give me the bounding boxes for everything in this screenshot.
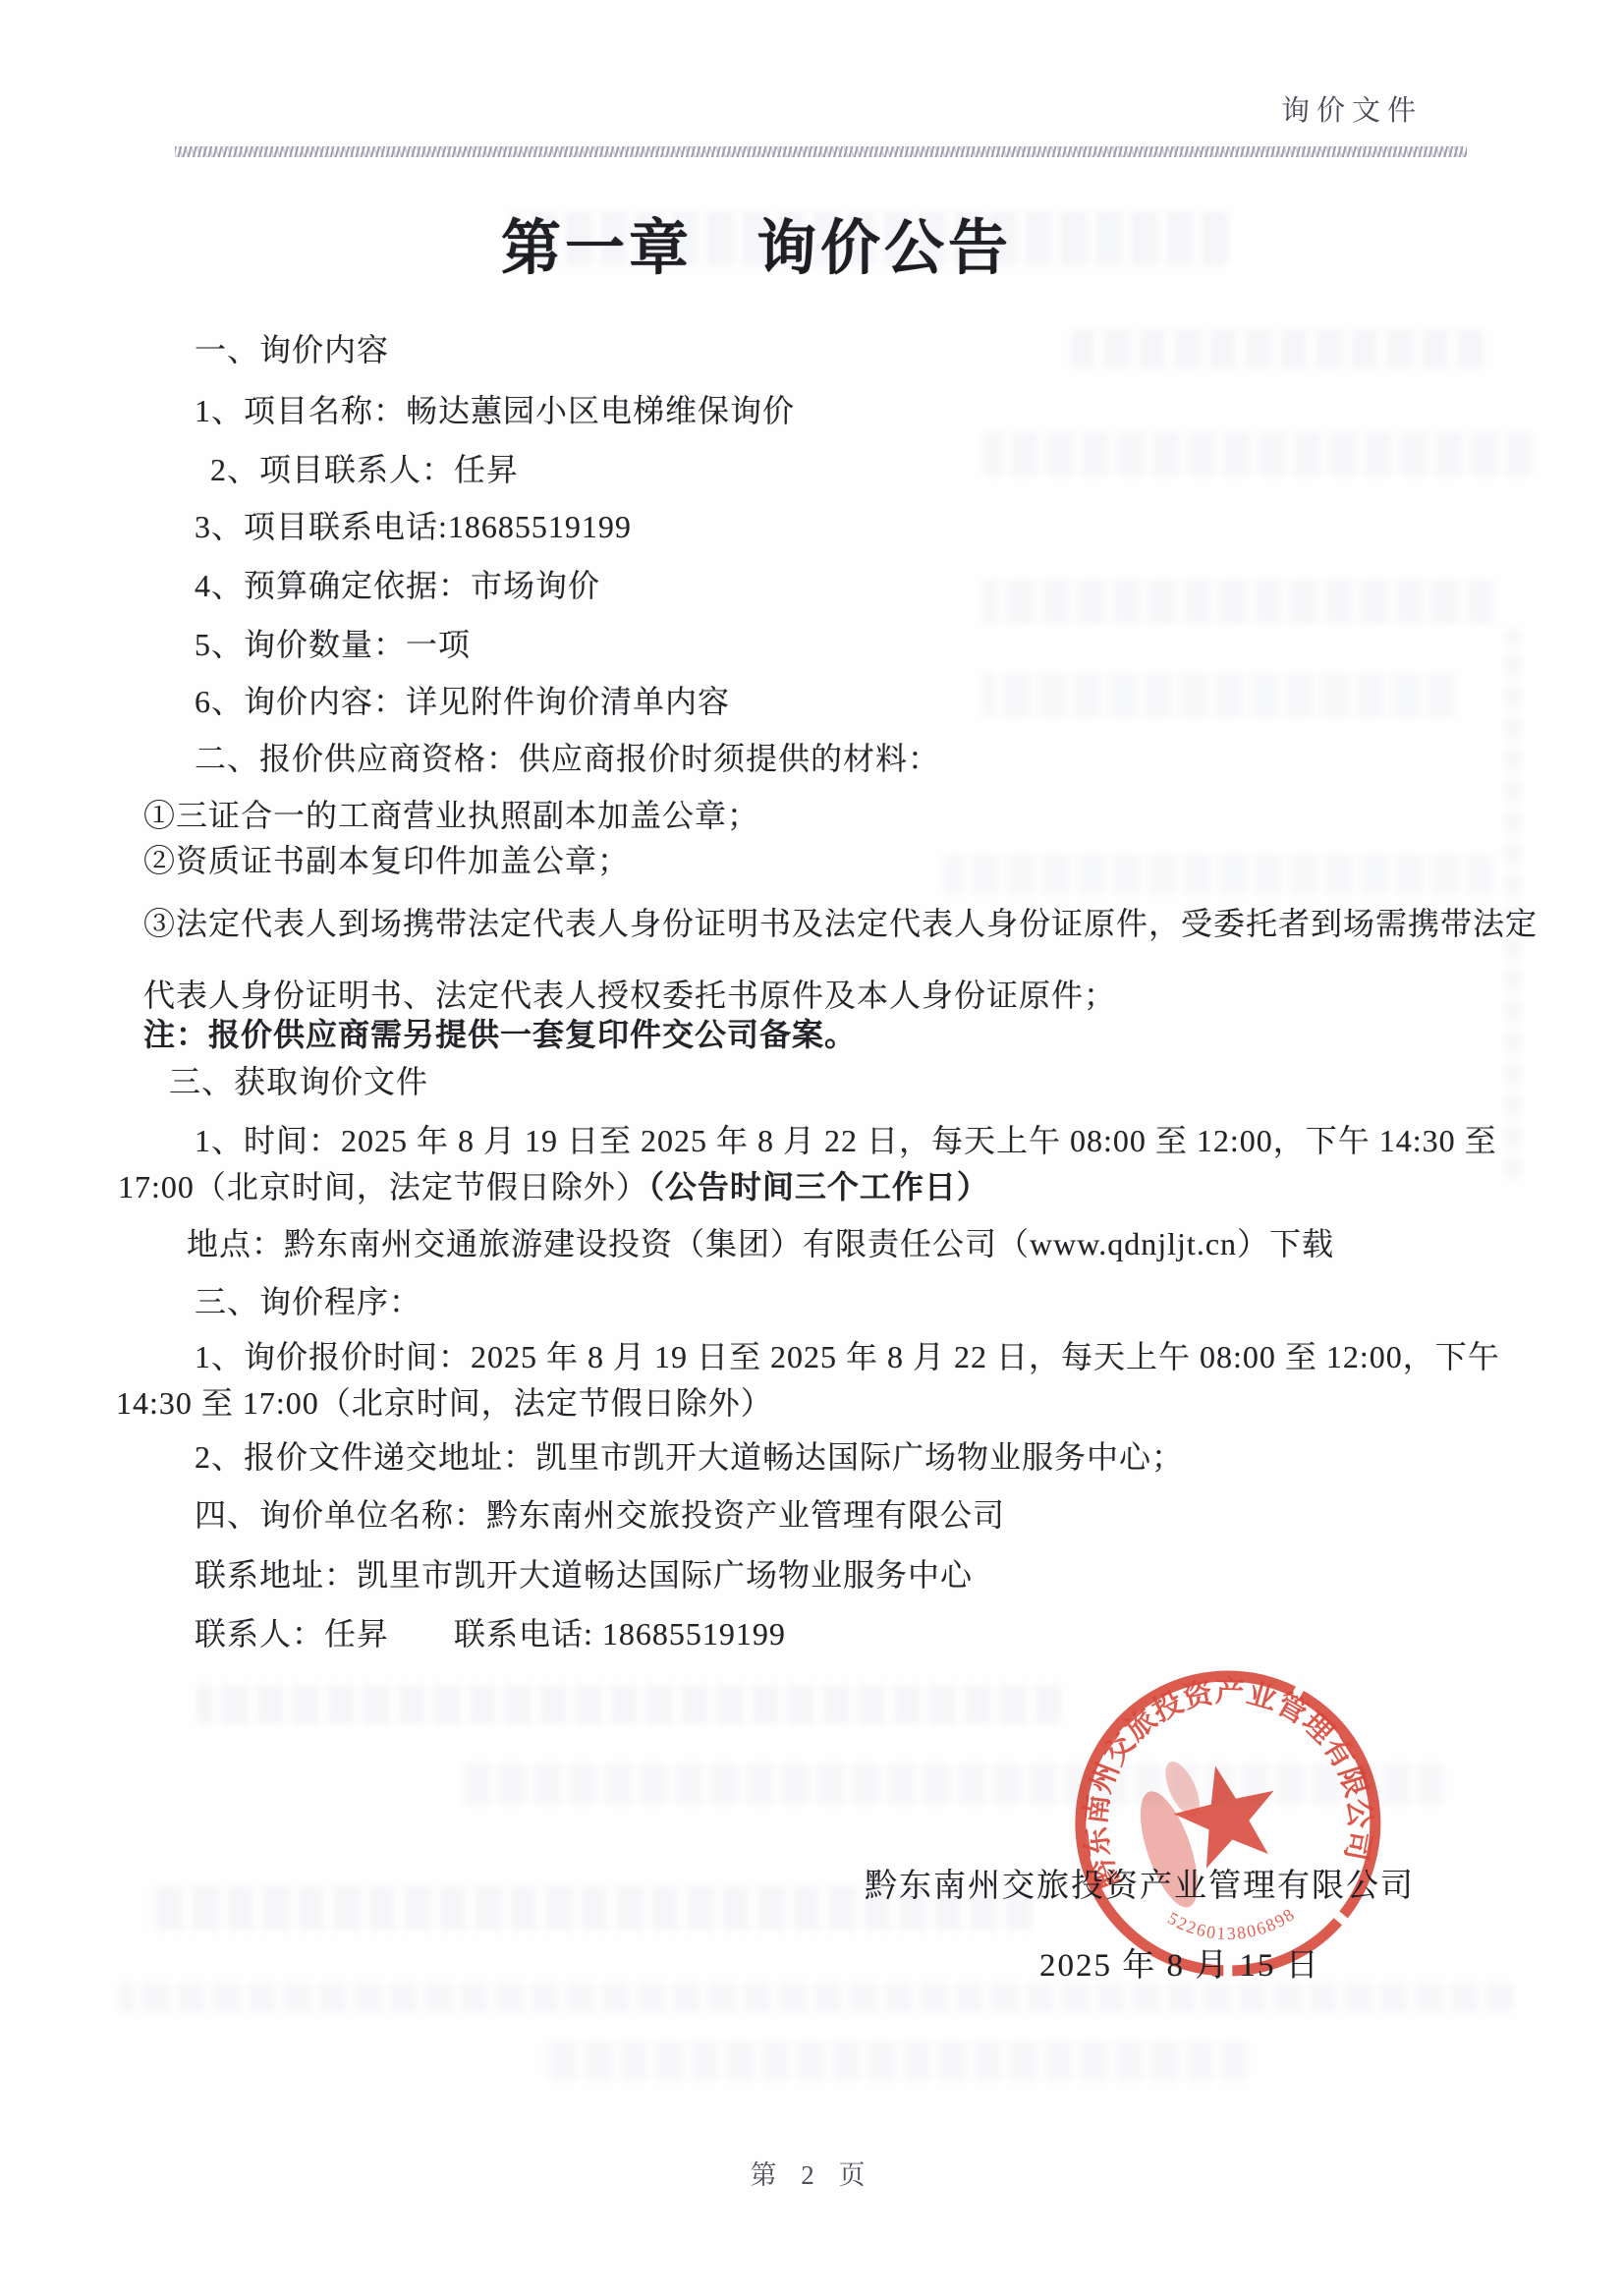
document-page: 询价文件 第一章 询价公告 一、询价内容 1、项目名称：畅达蕙园小区电梯维保询价…: [0, 0, 1624, 2295]
signature-company: 黔东南州交旅投资产业管理有限公司: [865, 1860, 1415, 1906]
page-header-label: 询价文件: [1281, 88, 1423, 129]
bleedthrough-smudge: [982, 673, 1454, 717]
section-1-heading: 一、询价内容: [195, 332, 389, 368]
bleedthrough-smudge: [943, 855, 1493, 894]
procedure-heading: 三、询价程序：: [195, 1284, 421, 1320]
quote-time-line-1: 1、询价报价时间：2025 年 8 月 19 日至 2025 年 8 月 22 …: [195, 1339, 1500, 1375]
obtain-time-line-1: 1、时间：2025 年 8 月 19 日至 2025 年 8 月 22 日，每天…: [195, 1123, 1497, 1159]
bleedthrough-smudge: [196, 1685, 1061, 1724]
bleedthrough-smudge: [1071, 329, 1484, 368]
contact-address-line: 联系地址：凯里市凯开大道畅达国际广场物业服务中心: [195, 1557, 973, 1594]
note-line: 注：报价供应商需另提供一套复印件交公司备案。: [143, 1017, 857, 1053]
section-2-heading: 二、报价供应商资格：供应商报价时须提供的材料：: [195, 741, 940, 777]
requirement-3-continued: 代表人身份证明书、法定代表人授权委托书原件及本人身份证原件；: [143, 978, 1116, 1014]
bleedthrough-smudge: [982, 432, 1533, 476]
section-3-heading: 三、获取询价文件: [169, 1064, 428, 1100]
signature-date: 2025 年 8 月 15 日: [1039, 1939, 1320, 1986]
item-inquiry-content: 6、询价内容：详见附件询价清单内容: [195, 684, 730, 720]
item-inquiry-quantity: 5、询价数量：一项: [195, 627, 471, 663]
bleedthrough-smudge: [540, 2042, 1248, 2081]
section-4-heading: 四、询价单位名称：黔东南州交旅投资产业管理有限公司: [195, 1497, 1005, 1534]
hatched-divider-line: [175, 146, 1467, 157]
bleedthrough-smudge: [982, 580, 1493, 624]
requirement-1: ①三证合一的工商营业执照副本加盖公章；: [143, 798, 759, 834]
requirement-2: ②资质证书副本复印件加盖公章；: [143, 843, 630, 879]
page-number: 第 2 页: [0, 2154, 1624, 2192]
item-budget-basis: 4、预算确定依据：市场询价: [195, 568, 600, 604]
contact-person-line: 联系人：任昇 联系电话: 18685519199: [195, 1616, 786, 1652]
bleedthrough-smudge: [118, 1983, 1513, 2012]
bleedthrough-smudge: [1505, 629, 1521, 1179]
download-location-line: 地点：黔东南州交通旅游建设投资（集团）有限责任公司（www.qdnjljt.cn…: [187, 1226, 1334, 1262]
quote-time-line-2: 14:30 至 17:00（北京时间，法定节假日除外）: [116, 1385, 773, 1422]
submit-address-line: 2、报价文件递交地址：凯里市凯开大道畅达国际广场物业服务中心；: [195, 1439, 1184, 1476]
item-project-phone: 3、项目联系电话:18685519199: [195, 509, 632, 545]
item-project-name: 1、项目名称：畅达蕙园小区电梯维保询价: [195, 393, 795, 429]
item-project-contact: 2、项目联系人：任昇: [210, 452, 519, 488]
bleedthrough-smudge: [511, 211, 1228, 265]
announcement-period-note: （公告时间三个工作日）: [648, 1169, 989, 1204]
obtain-time-line-2-text: 17:00（北京时间，法定节假日除外）: [118, 1169, 648, 1204]
requirement-3: ③法定代表人到场携带法定代表人身份证明书及法定代表人身份证原件，受委托者到场需携…: [143, 906, 1538, 942]
obtain-time-line-2: 17:00（北京时间，法定节假日除外）（公告时间三个工作日）: [118, 1169, 989, 1205]
